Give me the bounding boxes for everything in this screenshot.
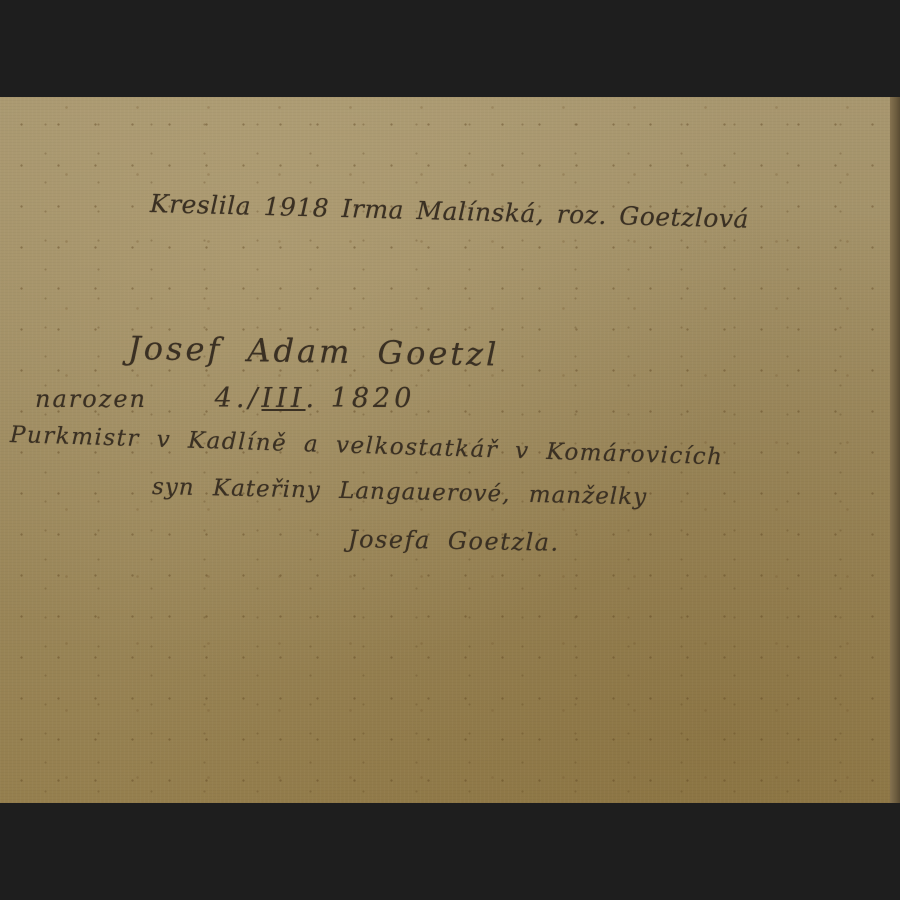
birth-line: narozen 4./III. 1820 bbox=[35, 383, 415, 414]
birth-date: 4./III. 1820 bbox=[215, 383, 416, 414]
father-line: Josefa Goetzla. bbox=[348, 525, 560, 557]
photo-frame: Kreslila 1918 Irma Malínská, roz. Goetzl… bbox=[0, 0, 900, 900]
birth-day: 4. bbox=[215, 383, 249, 414]
birth-year: 1820 bbox=[331, 383, 416, 414]
paper-sheet: Kreslila 1918 Irma Malínská, roz. Goetzl… bbox=[0, 97, 900, 803]
date-separator: / bbox=[248, 383, 261, 414]
paper-right-edge bbox=[890, 97, 900, 803]
birth-month-roman: III bbox=[262, 383, 306, 414]
date-dot: . bbox=[306, 383, 331, 414]
born-label: narozen bbox=[35, 385, 147, 413]
subject-name: Josef Adam Goetzl bbox=[128, 329, 500, 373]
